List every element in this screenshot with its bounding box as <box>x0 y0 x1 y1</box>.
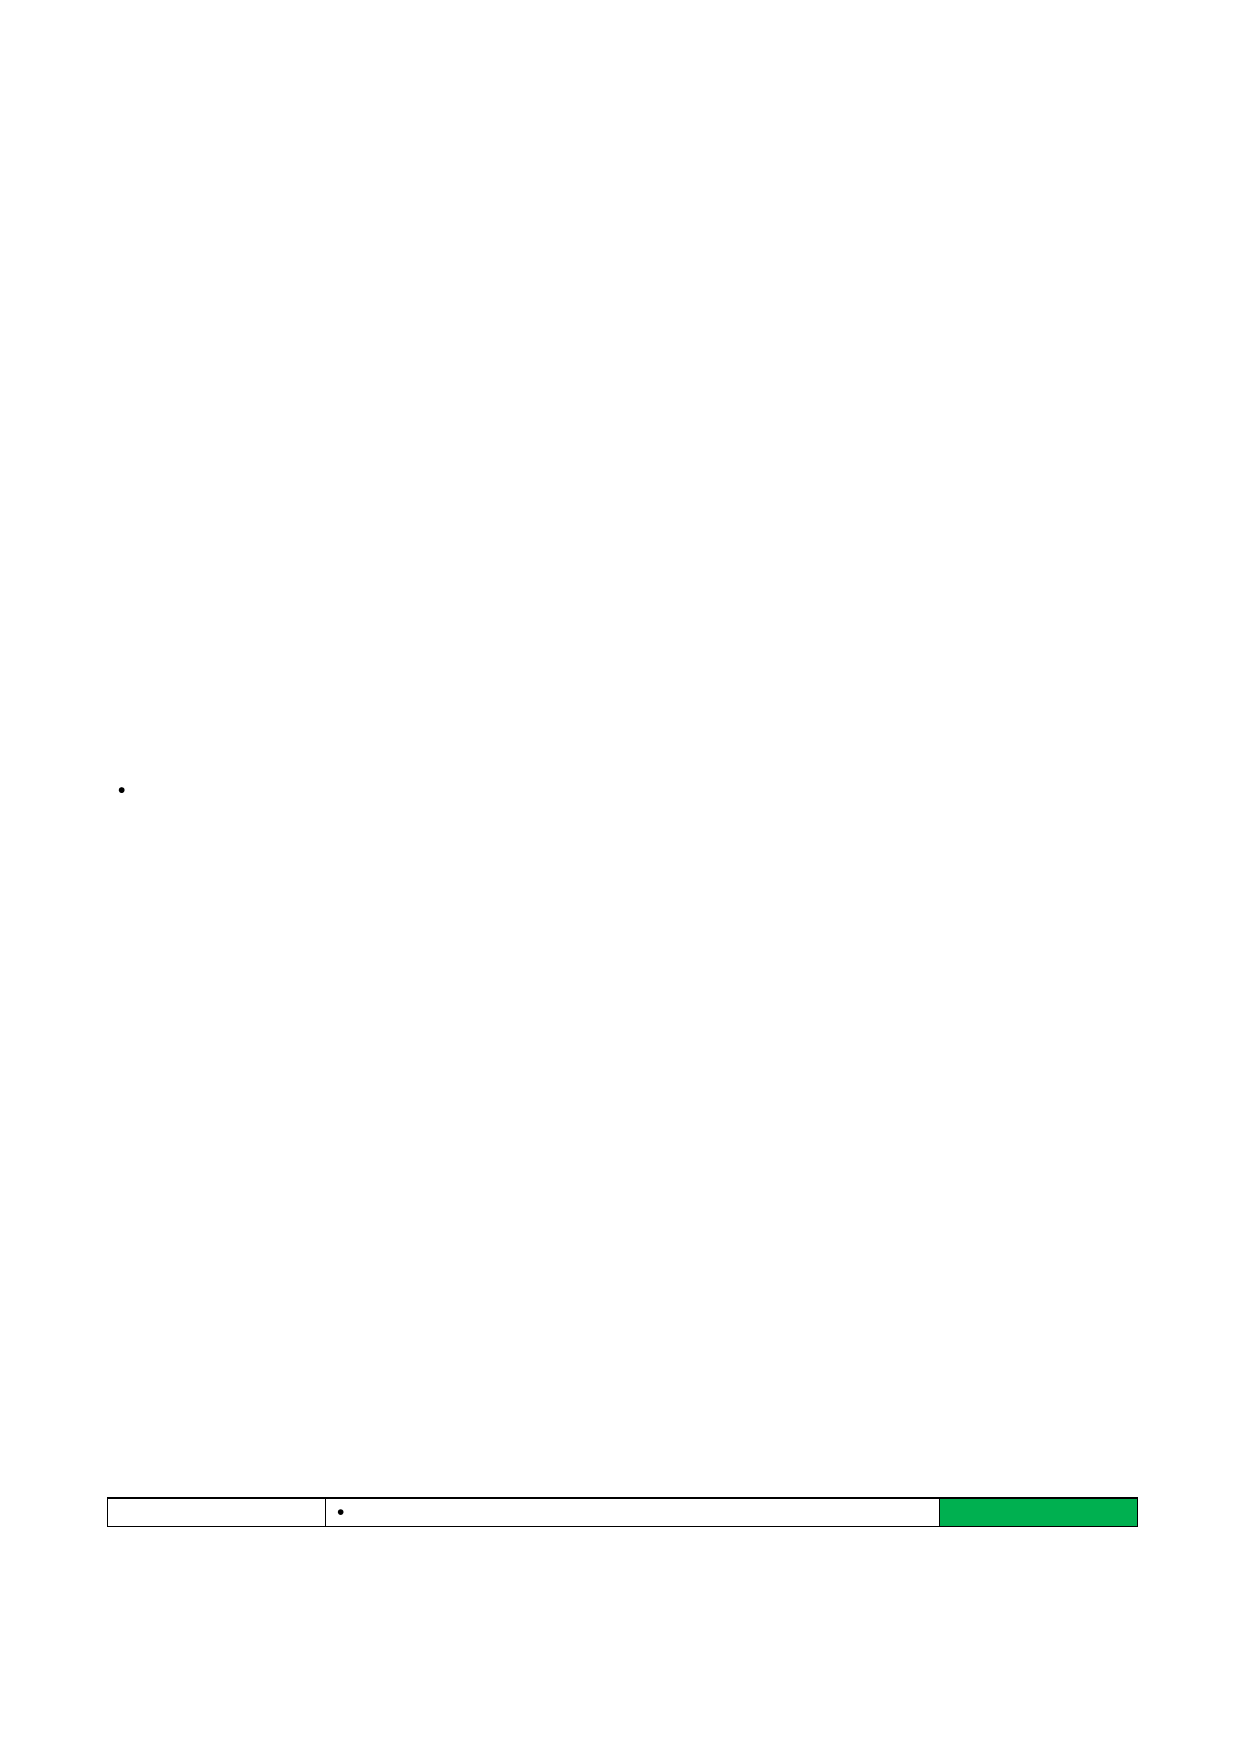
bolton-council-logo <box>822 122 1142 272</box>
summary-cell <box>326 1499 940 1527</box>
table-row <box>108 1499 1138 1527</box>
policy-cell <box>108 1499 326 1527</box>
conclusion-cell <box>940 1499 1138 1527</box>
analysis-table <box>107 1497 1138 1527</box>
sender-address <box>805 302 879 328</box>
proposal-section <box>118 752 1128 908</box>
